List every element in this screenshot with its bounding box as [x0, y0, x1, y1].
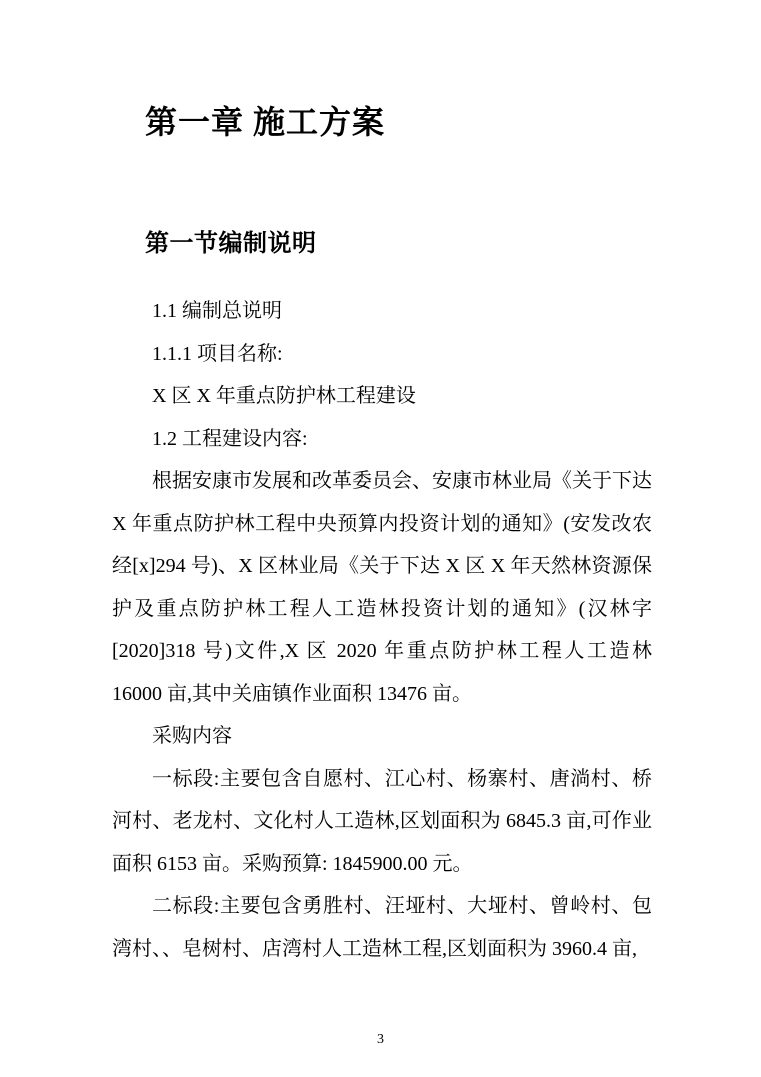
paragraph: 采购内容	[112, 715, 652, 758]
document-body: 1.1 编制总说明1.1.1 项目名称:X 区 X 年重点防护林工程建设1.2 …	[112, 290, 652, 970]
paragraph: 1.1.1 项目名称:	[112, 333, 652, 376]
section-title: 第一节编制说明	[145, 223, 317, 258]
page-number: 3	[0, 1031, 761, 1049]
chapter-title: 第一章 施工方案	[145, 97, 385, 143]
paragraph: 一标段:主要包含自愿村、江心村、杨寨村、唐淌村、桥河村、老龙村、文化村人工造林,…	[112, 758, 652, 886]
paragraph: 1.2 工程建设内容:	[112, 418, 652, 461]
paragraph: 根据安康市发展和改革委员会、安康市林业局《关于下达 X 年重点防护林工程中央预算…	[112, 460, 652, 715]
paragraph: 二标段:主要包含勇胜村、汪垭村、大垭村、曾岭村、包湾村、、皂树村、店湾村人工造林…	[112, 885, 652, 970]
document-page: 第一章 施工方案 第一节编制说明 1.1 编制总说明1.1.1 项目名称:X 区…	[0, 0, 761, 1077]
paragraph: X 区 X 年重点防护林工程建设	[112, 375, 652, 418]
paragraph: 1.1 编制总说明	[112, 290, 652, 333]
